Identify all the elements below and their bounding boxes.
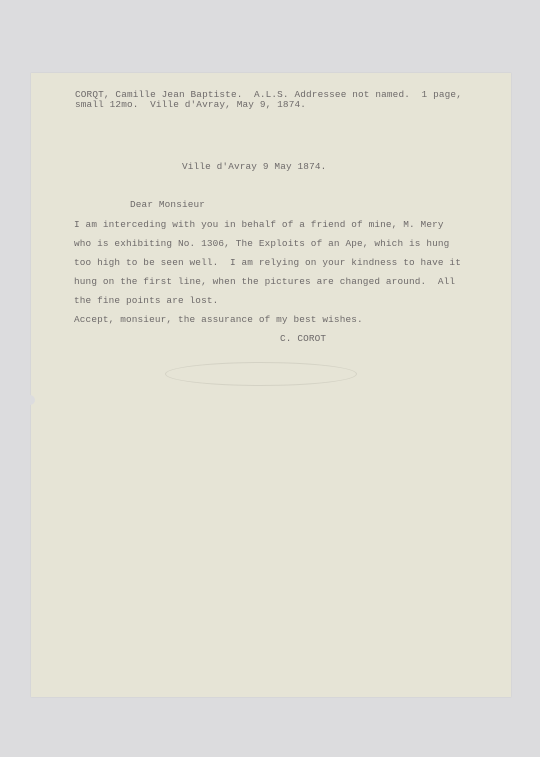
letter-body-line-1: I am interceding with you in behalf of a…: [74, 219, 444, 230]
letter-body-line-4: hung on the first line, when the picture…: [74, 276, 455, 287]
letter-signature: C. COROT: [280, 333, 326, 344]
letter-closing: Accept, monsieur, the assurance of my be…: [74, 314, 363, 325]
letter-body-line-3: too high to be seen well. I am relying o…: [74, 257, 461, 268]
catalog-header-line-2: small 12mo. Ville d'Avray, May 9, 1874.: [75, 99, 306, 110]
letter-salutation: Dear Monsieur: [130, 199, 205, 210]
punch-hole-mark: [29, 395, 35, 405]
letter-body-line-5: the fine points are lost.: [74, 295, 218, 306]
letter-body-line-2: who is exhibiting No. 1306, The Exploits…: [74, 238, 449, 249]
letter-dateline: Ville d'Avray 9 May 1874.: [182, 161, 326, 172]
embossed-stamp-mark: [165, 362, 357, 386]
document-page: CORQT, Camille Jean Baptiste. A.L.S. Add…: [31, 73, 511, 697]
